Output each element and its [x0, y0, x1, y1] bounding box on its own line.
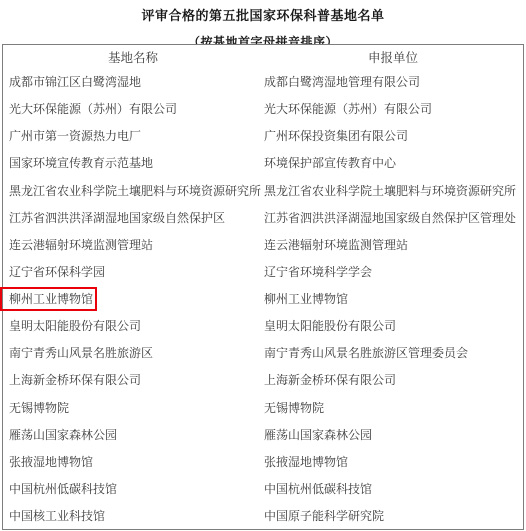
base-name-text: 广州市第一资源热力电厂 — [9, 129, 141, 143]
table-row: 上海新金桥环保有限公司上海新金桥环保有限公司 — [3, 366, 523, 393]
header-applicant: 申报单位 — [263, 48, 523, 66]
base-name-text: 光大环保能源（苏州）有限公司 — [9, 102, 177, 116]
base-name-cell: 连云港辐射环境监测管理站 — [3, 236, 263, 253]
table-row: 黑龙江省农业科学院土壤肥料与环境资源研究所黑龙江省农业科学院土壤肥料与环境资源研… — [3, 177, 523, 204]
base-name-cell: 张掖湿地博物馆 — [3, 453, 263, 470]
applicant-text: 环境保护部宣传教育中心 — [264, 156, 396, 170]
applicant-text: 张掖湿地博物馆 — [264, 455, 348, 469]
base-name-text: 江苏省泗洪洪泽湖湿地国家级自然保护区 — [9, 211, 225, 225]
table-row: 南宁青秀山风景名胜旅游区南宁青秀山风景名胜旅游区管理委员会 — [3, 339, 523, 366]
base-name-text: 上海新金桥环保有限公司 — [9, 373, 141, 387]
base-name-cell: 无锡博物院 — [3, 399, 263, 416]
applicant-text: 连云港辐射环境监测管理站 — [264, 238, 408, 252]
applicant-cell: 环境保护部宣传教育中心 — [263, 154, 523, 171]
base-name-cell: 柳州工业博物馆 — [3, 290, 263, 307]
table-row: 广州市第一资源热力电厂广州环保投资集团有限公司 — [3, 122, 523, 149]
base-name-text: 张掖湿地博物馆 — [9, 455, 93, 469]
table-row: 国家环境宣传教育示范基地环境保护部宣传教育中心 — [3, 149, 523, 176]
table-row: 江苏省泗洪洪泽湖湿地国家级自然保护区江苏省泗洪洪泽湖湿地国家级自然保护区管理处 — [3, 204, 523, 231]
base-name-text: 柳州工业博物馆 — [9, 292, 93, 306]
base-name-text: 南宁青秀山风景名胜旅游区 — [9, 346, 153, 360]
base-name-cell: 皇明太阳能股份有限公司 — [3, 317, 263, 334]
base-name-cell: 江苏省泗洪洪泽湖湿地国家级自然保护区 — [3, 209, 263, 226]
table-row: 辽宁省环保科学园辽宁省环境科学学会 — [3, 258, 523, 285]
applicant-text: 中国杭州低碳科技馆 — [264, 482, 372, 496]
base-name-cell: 雁荡山国家森林公园 — [3, 426, 263, 443]
table-row: 柳州工业博物馆柳州工业博物馆 — [3, 285, 523, 312]
base-name-text: 皇明太阳能股份有限公司 — [9, 319, 141, 333]
base-name-cell: 上海新金桥环保有限公司 — [3, 371, 263, 388]
base-name-cell: 国家环境宣传教育示范基地 — [3, 154, 263, 171]
applicant-cell: 江苏省泗洪洪泽湖湿地国家级自然保护区管理处 — [263, 209, 523, 226]
header-base-name: 基地名称 — [3, 48, 263, 66]
base-name-text: 雁荡山国家森林公园 — [9, 428, 117, 442]
bases-table: 基地名称 申报单位 成都市锦江区白鹭湾湿地成都白鹭湾湿地管理有限公司光大环保能源… — [2, 44, 524, 530]
applicant-cell: 无锡博物院 — [263, 399, 523, 416]
page-title: 评审合格的第五批国家环保科普基地名单 — [0, 0, 526, 24]
applicant-cell: 辽宁省环境科学学会 — [263, 263, 523, 280]
table-row: 张掖湿地博物馆张掖湿地博物馆 — [3, 448, 523, 475]
table-body: 成都市锦江区白鹭湾湿地成都白鹭湾湿地管理有限公司光大环保能源（苏州）有限公司光大… — [3, 68, 523, 529]
base-name-text: 无锡博物院 — [9, 401, 69, 415]
table-row: 无锡博物院无锡博物院 — [3, 394, 523, 421]
applicant-text: 南宁青秀山风景名胜旅游区管理委员会 — [264, 346, 468, 360]
applicant-text: 广州环保投资集团有限公司 — [264, 129, 408, 143]
applicant-cell: 张掖湿地博物馆 — [263, 453, 523, 470]
base-name-text: 国家环境宣传教育示范基地 — [9, 156, 153, 170]
base-name-cell: 广州市第一资源热力电厂 — [3, 127, 263, 144]
applicant-text: 上海新金桥环保有限公司 — [264, 373, 396, 387]
base-name-text: 黑龙江省农业科学院土壤肥料与环境资源研究所 — [9, 184, 261, 198]
applicant-text: 成都白鹭湾湿地管理有限公司 — [264, 75, 420, 89]
table-row: 中国核工业科技馆中国原子能科学研究院 — [3, 502, 523, 529]
applicant-text: 江苏省泗洪洪泽湖湿地国家级自然保护区管理处 — [264, 211, 516, 225]
applicant-cell: 上海新金桥环保有限公司 — [263, 371, 523, 388]
base-name-cell: 黑龙江省农业科学院土壤肥料与环境资源研究所 — [3, 182, 263, 199]
base-name-text: 中国核工业科技馆 — [9, 509, 105, 523]
applicant-text: 黑龙江省农业科学院土壤肥料与环境资源研究所 — [264, 184, 516, 198]
applicant-text: 柳州工业博物馆 — [264, 292, 348, 306]
applicant-cell: 雁荡山国家森林公园 — [263, 426, 523, 443]
applicant-text: 中国原子能科学研究院 — [264, 509, 384, 523]
table-row: 中国杭州低碳科技馆中国杭州低碳科技馆 — [3, 475, 523, 502]
base-name-cell: 光大环保能源（苏州）有限公司 — [3, 100, 263, 117]
base-name-text: 连云港辐射环境监测管理站 — [9, 238, 153, 252]
applicant-cell: 中国原子能科学研究院 — [263, 507, 523, 524]
applicant-cell: 广州环保投资集团有限公司 — [263, 127, 523, 144]
applicant-cell: 成都白鹭湾湿地管理有限公司 — [263, 73, 523, 90]
applicant-text: 辽宁省环境科学学会 — [264, 265, 372, 279]
base-name-text: 成都市锦江区白鹭湾湿地 — [9, 75, 141, 89]
base-name-cell: 南宁青秀山风景名胜旅游区 — [3, 344, 263, 361]
applicant-text: 无锡博物院 — [264, 401, 324, 415]
base-name-cell: 中国杭州低碳科技馆 — [3, 480, 263, 497]
applicant-text: 皇明太阳能股份有限公司 — [264, 319, 396, 333]
applicant-cell: 柳州工业博物馆 — [263, 290, 523, 307]
table-header-row: 基地名称 申报单位 — [3, 45, 523, 68]
applicant-text: 光大环保能源（苏州）有限公司 — [264, 102, 432, 116]
base-name-cell: 辽宁省环保科学园 — [3, 263, 263, 280]
base-name-cell: 中国核工业科技馆 — [3, 507, 263, 524]
applicant-cell: 连云港辐射环境监测管理站 — [263, 236, 523, 253]
applicant-cell: 中国杭州低碳科技馆 — [263, 480, 523, 497]
table-row: 成都市锦江区白鹭湾湿地成都白鹭湾湿地管理有限公司 — [3, 68, 523, 95]
base-name-cell: 成都市锦江区白鹭湾湿地 — [3, 73, 263, 90]
table-row: 雁荡山国家森林公园雁荡山国家森林公园 — [3, 421, 523, 448]
table-row: 皇明太阳能股份有限公司皇明太阳能股份有限公司 — [3, 312, 523, 339]
base-name-text: 辽宁省环保科学园 — [9, 265, 105, 279]
applicant-cell: 光大环保能源（苏州）有限公司 — [263, 100, 523, 117]
applicant-text: 雁荡山国家森林公园 — [264, 428, 372, 442]
applicant-cell: 皇明太阳能股份有限公司 — [263, 317, 523, 334]
document-page: { "doc": { "title": "评审合格的第五批国家环保科普基地名单"… — [0, 0, 526, 531]
applicant-cell: 黑龙江省农业科学院土壤肥料与环境资源研究所 — [263, 182, 523, 199]
applicant-cell: 南宁青秀山风景名胜旅游区管理委员会 — [263, 344, 523, 361]
table-row: 连云港辐射环境监测管理站连云港辐射环境监测管理站 — [3, 231, 523, 258]
table-row: 光大环保能源（苏州）有限公司光大环保能源（苏州）有限公司 — [3, 95, 523, 122]
base-name-text: 中国杭州低碳科技馆 — [9, 482, 117, 496]
